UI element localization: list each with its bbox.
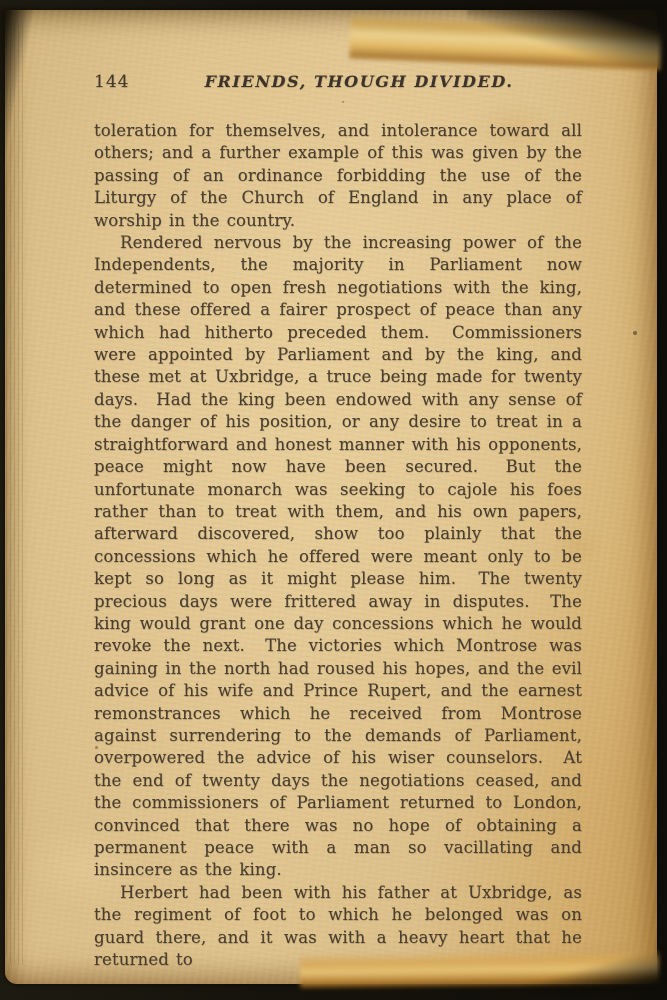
page-number: 144 [94,72,164,92]
paragraph: Rendered nervous by the increasing power… [94,232,582,882]
paragraph: toleration for themselves, and intoleran… [94,120,582,232]
binding-gutter-creases [6,22,24,964]
running-title: FRIENDS, THOUGH DIVIDED. [164,72,582,91]
printed-content: 144 FRIENDS, THOUGH DIVIDED. toleration … [94,72,582,971]
paragraph: Herbert had been with his father at Uxbr… [94,882,582,972]
book-scan: 144 FRIENDS, THOUGH DIVIDED. toleration … [0,0,667,1000]
body-text: toleration for themselves, and intoleran… [94,120,582,971]
running-header: 144 FRIENDS, THOUGH DIVIDED. [94,72,582,96]
